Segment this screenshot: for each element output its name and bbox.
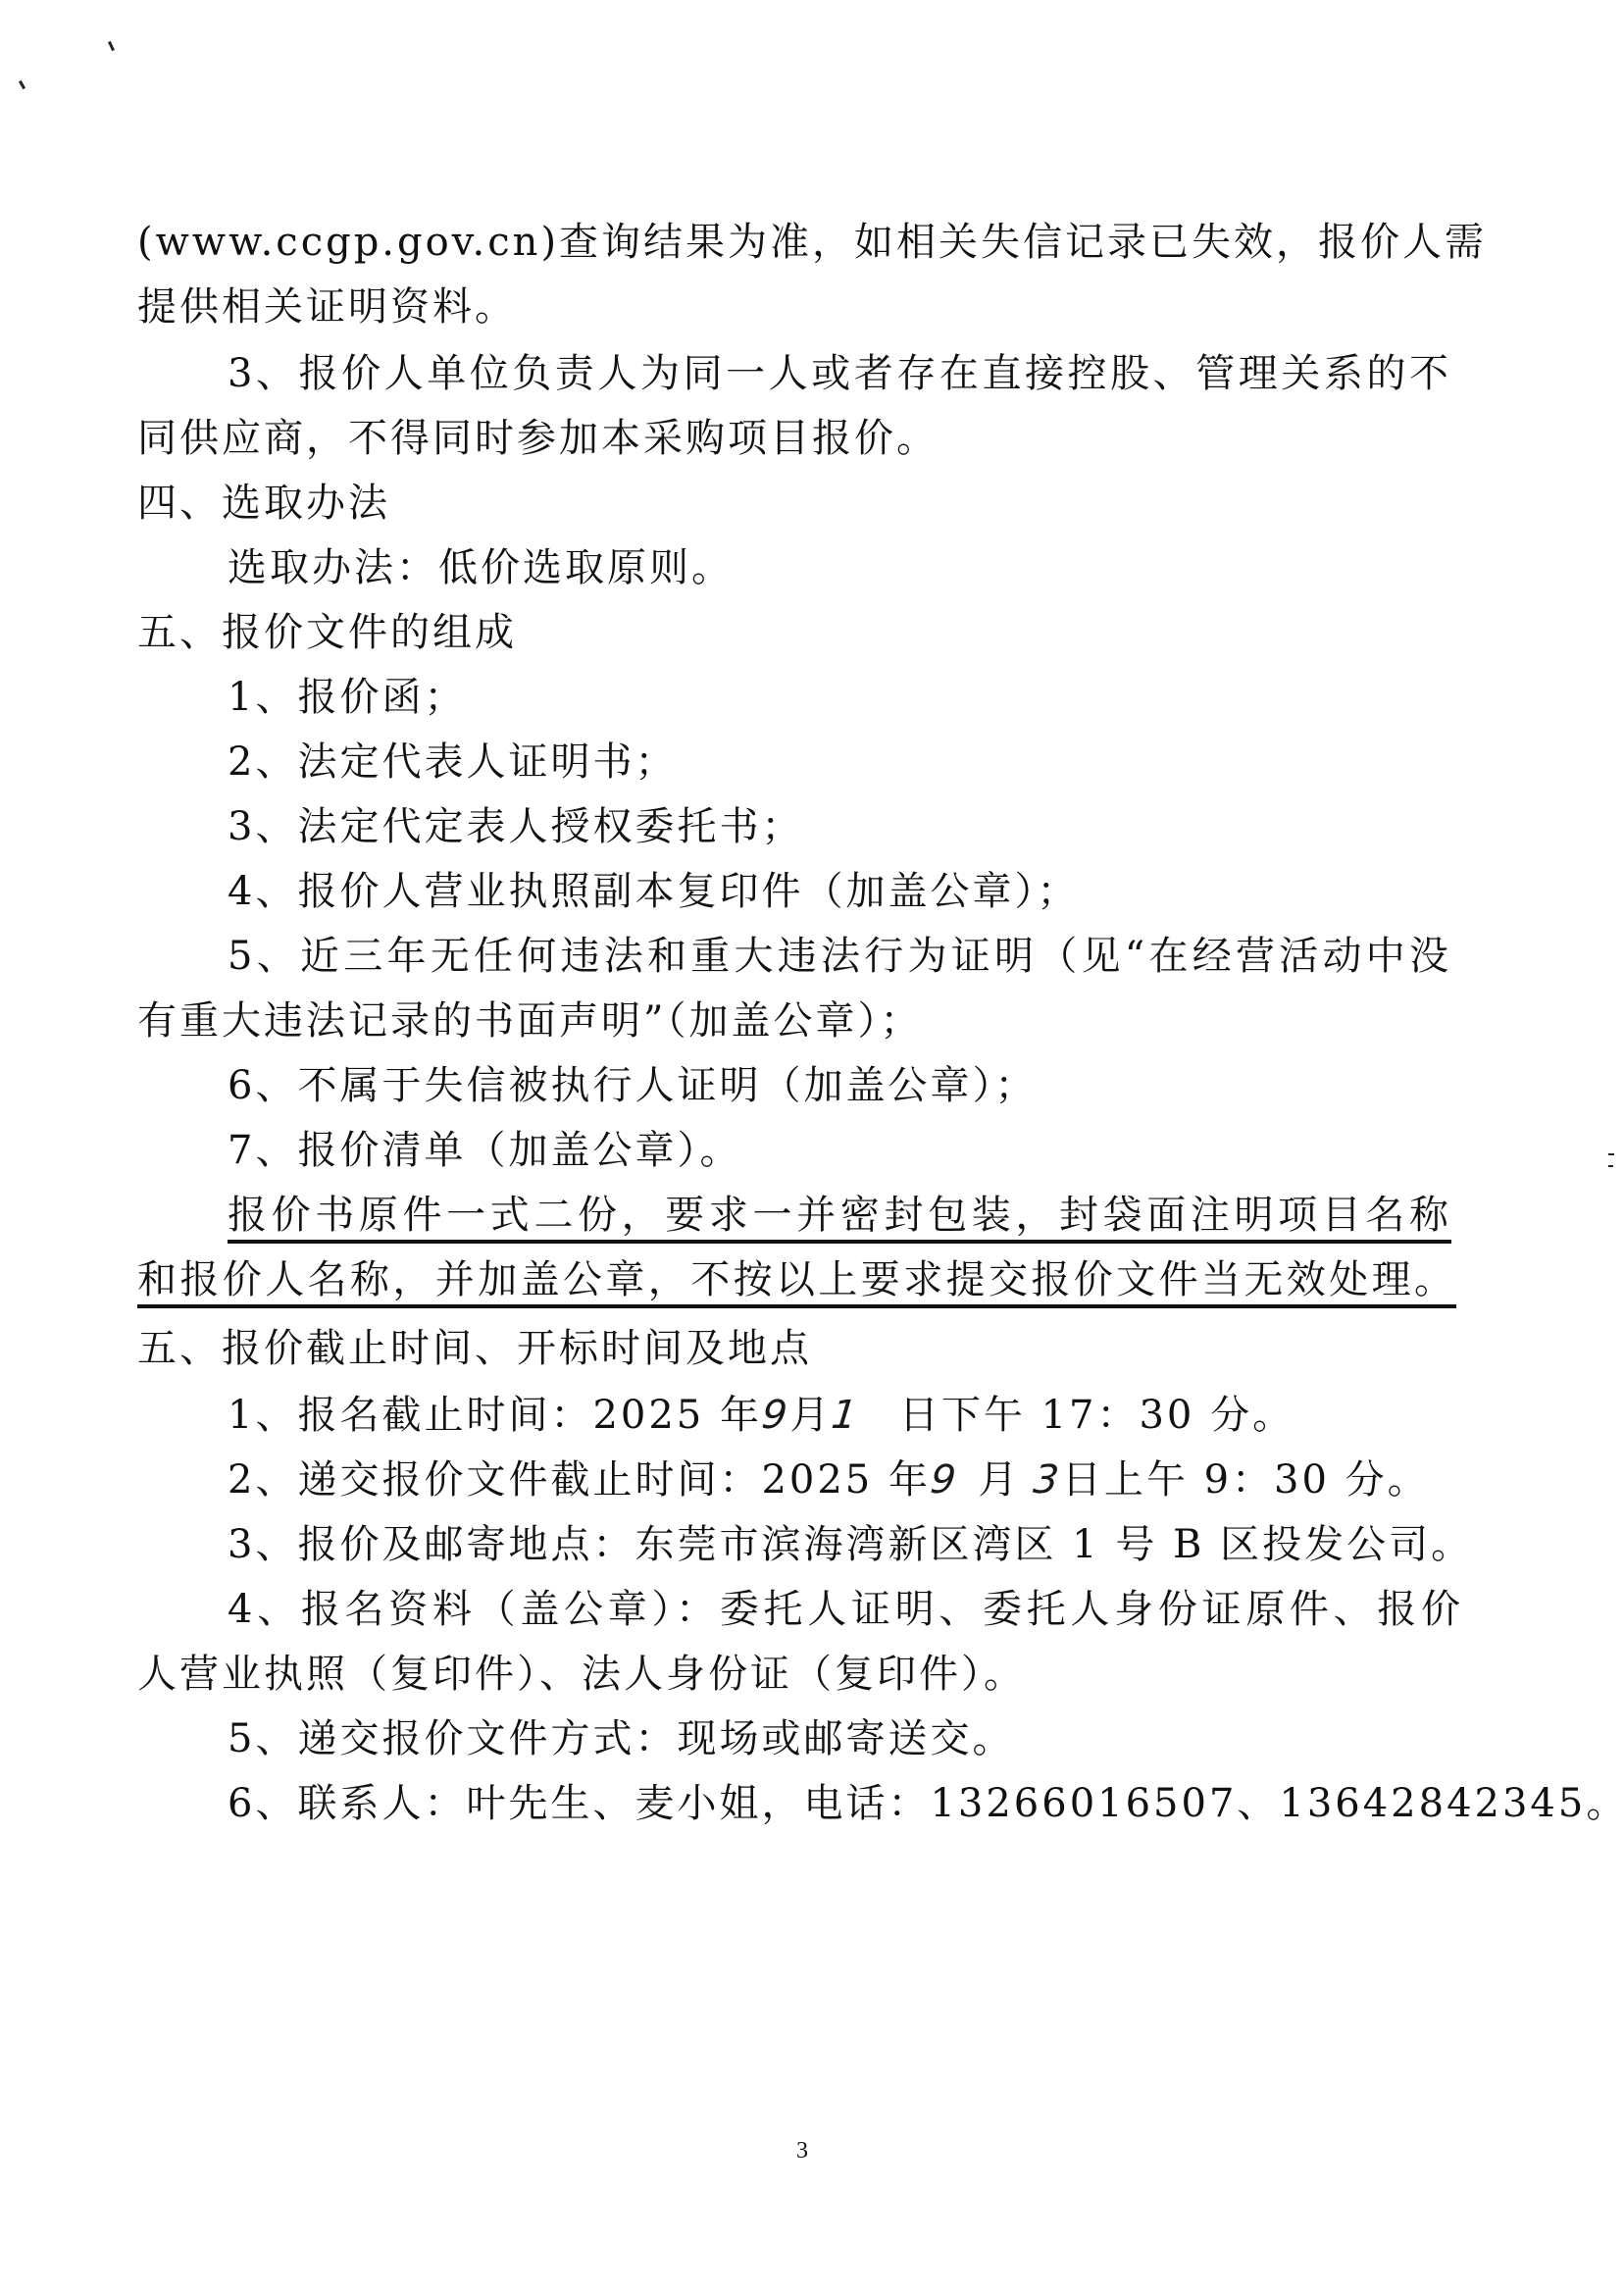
scan-mark: [19, 80, 25, 89]
month-label: 月: [978, 1457, 1020, 1503]
document-page: (www.ccgp.gov.cn)查询结果为准，如相关失信记录已失效，报价人需 …: [0, 0, 1624, 2293]
list-item: 4、报价人营业执照副本复印件（加盖公章）；: [228, 867, 1581, 916]
section-heading: 五、报价截止时间、开标时间及地点: [137, 1324, 1491, 1373]
list-item: 3、报价及邮寄地点：东莞市滨海湾新区湾区 1 号 B 区投发公司。: [228, 1520, 1581, 1569]
paragraph-line: 同供应商，不得同时参加本采购项目报价。: [137, 414, 1491, 463]
list-item: 2、法定代表人证明书；: [228, 738, 1581, 787]
scan-mark: [108, 41, 115, 51]
section-heading: 五、报价文件的组成: [137, 608, 1491, 657]
deadline-suffix: 日下午 17：30 分。: [899, 1393, 1294, 1438]
list-item: 有重大违法记录的书面声明”（加盖公章）；: [137, 996, 1491, 1045]
underlined-notice: 报价书原件一式二份，要求一并密封包装，封袋面注明项目名称: [228, 1193, 1451, 1244]
notice-line: 报价书原件一式二份，要求一并密封包装，封袋面注明项目名称: [228, 1191, 1451, 1240]
notice-line: 和报价人名称，并加盖公章，不按以上要求提交报价文件当无效处理。: [137, 1255, 1456, 1304]
page-number: 3: [796, 2138, 808, 2165]
scan-mark: [1608, 1165, 1613, 1167]
scan-mark: [1608, 1153, 1614, 1155]
contact-info: 6、联系人：叶先生、麦小姐，电话：13266016507、13642842345…: [228, 1779, 1581, 1828]
paragraph-line: 提供相关证明资料。: [137, 282, 1491, 331]
section-content: 选取办法：低价选取原则。: [228, 543, 1581, 592]
list-item: 7、报价清单（加盖公章）。: [228, 1126, 1581, 1175]
paragraph-line: 3、报价人单位负责人为同一人或者存在直接控股、管理关系的不: [228, 349, 1451, 398]
handwritten-day: 1: [830, 1391, 863, 1440]
deadline-registration: 1、报名截止时间：2025 年9月1日下午 17：30 分。: [228, 1391, 1581, 1440]
paragraph-line: (www.ccgp.gov.cn)查询结果为准，如相关失信记录已失效，报价人需: [137, 218, 1451, 267]
deadline-submission: 2、递交报价文件截止时间：2025 年9月3日上午 9：30 分。: [228, 1455, 1581, 1504]
deadline-label: 2、递交报价文件截止时间：2025 年: [228, 1457, 931, 1503]
list-item: 1、报价函；: [228, 673, 1581, 722]
deadline-suffix: 日上午 9：30 分。: [1062, 1457, 1430, 1503]
deadline-label: 1、报名截止时间：2025 年: [228, 1393, 762, 1438]
handwritten-month: 9: [759, 1391, 792, 1440]
list-item: 5、递交报价文件方式：现场或邮寄送交。: [228, 1714, 1581, 1763]
list-item: 4、报名资料（盖公章）：委托人证明、委托人身份证原件、报价: [228, 1585, 1463, 1634]
list-item: 人营业执照（复印件）、法人身份证（复印件）。: [137, 1650, 1491, 1699]
handwritten-month: 9: [928, 1455, 961, 1504]
section-heading: 四、选取办法: [137, 479, 1491, 528]
list-item: 3、法定代定表人授权委托书；: [228, 802, 1581, 851]
underlined-notice: 和报价人名称，并加盖公章，不按以上要求提交报价文件当无效处理。: [137, 1257, 1456, 1308]
list-item: 5、近三年无任何违法和重大违法行为证明（见“在经营活动中没: [228, 932, 1451, 981]
handwritten-day: 3: [1032, 1455, 1065, 1504]
list-item: 6、不属于失信被执行人证明（加盖公章）；: [228, 1061, 1581, 1110]
month-label: 月: [789, 1393, 832, 1438]
